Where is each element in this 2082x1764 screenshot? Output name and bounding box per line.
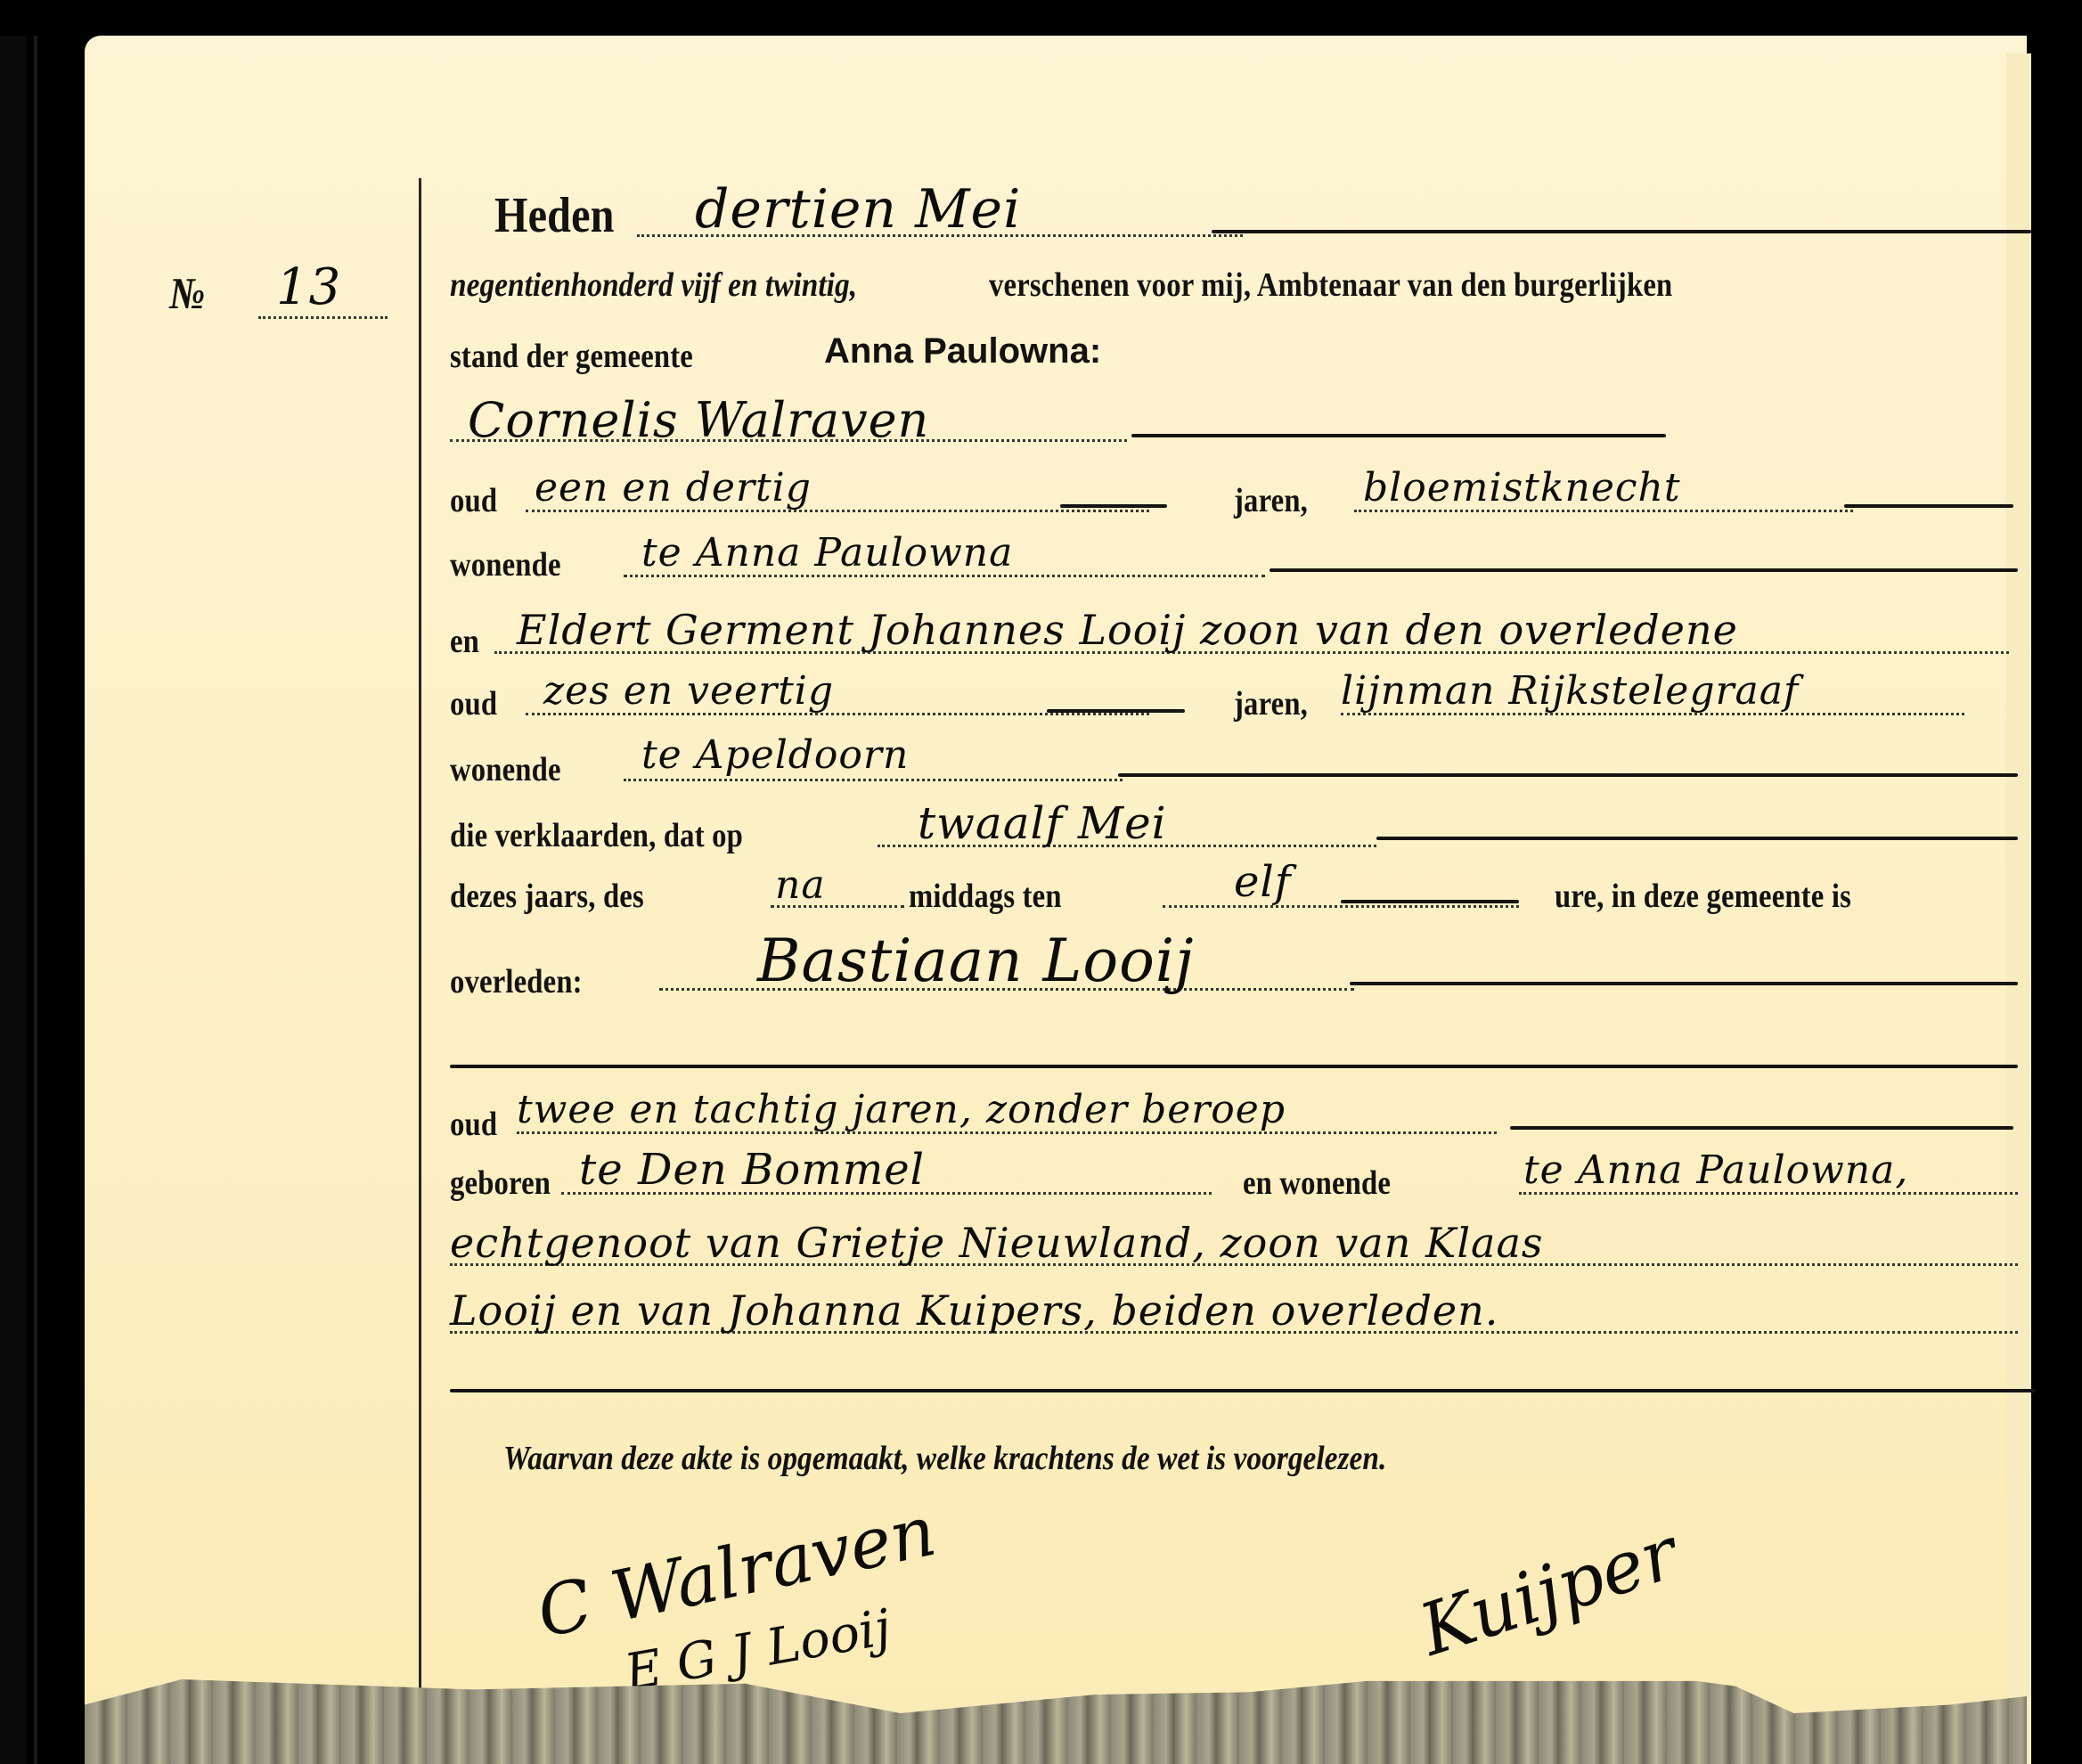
rule (1341, 900, 1519, 903)
declaration-label: die verklaarden, dat op (450, 816, 743, 855)
deceased-details-1: echtgenoot van Grietje Nieuwland, zoon v… (450, 1219, 1544, 1267)
heden-value: dertien Mei (695, 178, 1021, 241)
number-value: 13 (276, 258, 341, 316)
witness2-residence: te Apeldoorn (641, 732, 909, 778)
residence-label: en wonende (1243, 1164, 1391, 1203)
and-label: en (450, 622, 479, 661)
next-page-edge (2006, 53, 2031, 1764)
book-spine (0, 36, 27, 1764)
age-label: oud (450, 684, 497, 723)
rule (1376, 837, 2018, 840)
birth-label: geboren (450, 1164, 551, 1203)
rule (1510, 1126, 2013, 1130)
time-label3: ure, in deze gemeente is (1555, 877, 1851, 916)
rule (1350, 982, 2018, 985)
deceased-name: Bastiaan Looij (757, 927, 1194, 995)
dotline (1163, 905, 1519, 908)
time-period: na (775, 862, 826, 908)
deceased-age: twee en tachtig jaren, zonder beroep (517, 1087, 1286, 1132)
stand-label: stand der gemeente (450, 337, 693, 376)
municipality-name: Anna Paulowna: (824, 331, 1101, 372)
residence-label: wonende (450, 750, 561, 789)
rule (450, 1065, 2018, 1068)
appeared-text: verschenen voor mij, Ambtenaar van den b… (989, 265, 1672, 305)
rule (1047, 709, 1185, 713)
dotline (624, 779, 1123, 781)
rule (1270, 568, 2018, 572)
book-spine-edge (34, 36, 37, 1764)
witness2-name: Eldert Germent Johannes Looij zoon van d… (517, 606, 1738, 654)
witness2-occupation: lijnman Rijkstelegraaf (1341, 668, 1799, 714)
time-label2: middags ten (909, 877, 1062, 916)
witness1-residence: te Anna Paulowna (641, 530, 1013, 576)
closing-statement: Waarvan deze akte is opgemaakt, welke kr… (503, 1439, 1386, 1478)
deceased-label: overleden: (450, 962, 583, 1001)
number-dotline (258, 316, 388, 319)
witness1-name: Cornelis Walraven (468, 392, 929, 448)
death-hour: elf (1234, 857, 1292, 907)
deceased-details-2: Looij en van Johanna Kuipers, beiden ove… (450, 1286, 1498, 1335)
rule (1212, 230, 2031, 233)
birth-place: te Den Bommel (579, 1145, 925, 1195)
time-label1: dezes jaars, des (450, 877, 644, 916)
age-label: oud (450, 1105, 497, 1144)
rule (1118, 773, 2018, 777)
margin-rule (419, 178, 421, 1711)
years-label: jaren, (1234, 481, 1308, 520)
death-date: twaalf Mei (918, 797, 1167, 849)
witness2-age: zes en veertig (543, 668, 834, 714)
number-label: № (169, 267, 205, 319)
residence-label: wonende (450, 545, 561, 584)
rule (450, 1389, 2036, 1392)
deceased-residence: te Anna Paulowna, (1523, 1147, 1908, 1193)
years-label: jaren, (1234, 684, 1308, 723)
rule (1131, 434, 1666, 437)
heden-label: Heden (494, 187, 615, 244)
witness1-age: een en dertig (535, 465, 812, 510)
witness1-occupation: bloemistknecht (1363, 465, 1681, 510)
year-text: negentienhonderd vijf en twintig, (450, 265, 857, 305)
right-background (2029, 36, 2082, 1764)
rule (1844, 504, 2013, 508)
rule (1060, 504, 1167, 508)
age-label: oud (450, 481, 497, 520)
